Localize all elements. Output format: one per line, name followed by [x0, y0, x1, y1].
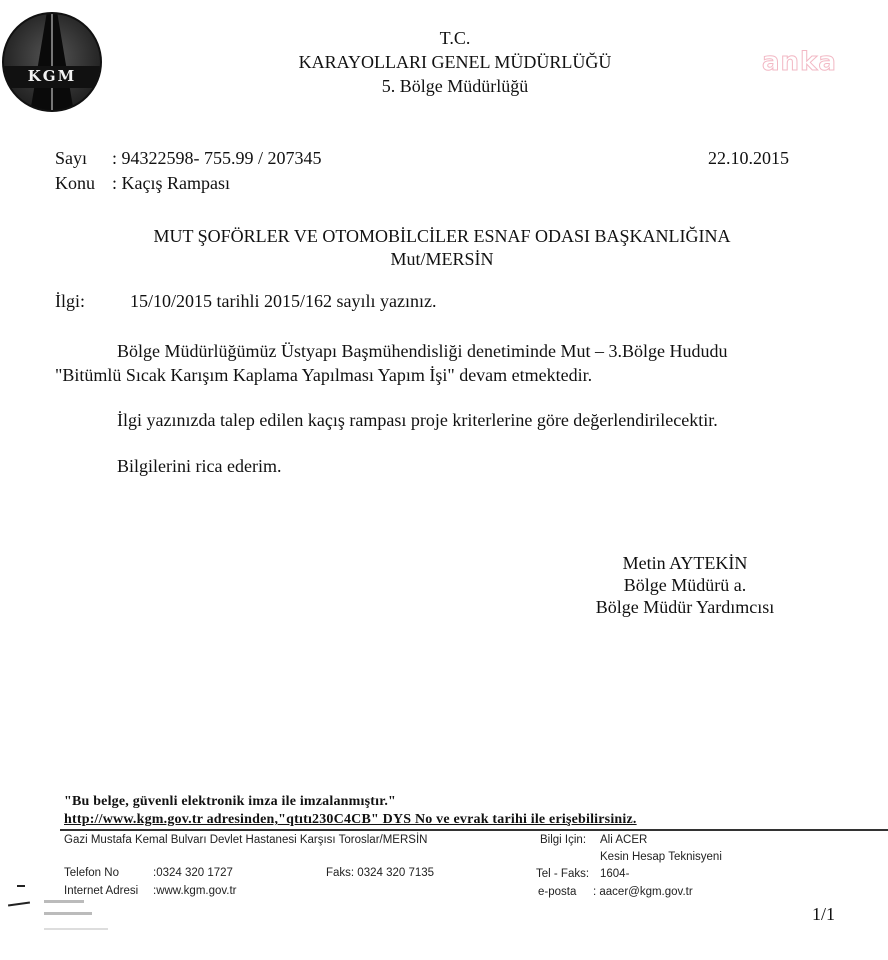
letterhead: T.C. KARAYOLLARI GENEL MÜDÜRLÜĞÜ 5. Bölg… — [240, 26, 670, 98]
signer-title1: Bölge Müdürü a. — [560, 574, 810, 596]
sayi-label: Sayı — [55, 148, 112, 169]
ilgi-label: İlgi: — [55, 291, 85, 312]
signature-block: Metin AYTEKİN Bölge Müdürü a. Bölge Müdü… — [560, 552, 810, 618]
signer-title2: Bölge Müdür Yardımcısı — [560, 596, 810, 618]
body-p3: Bilgilerini rica ederim. — [117, 456, 281, 477]
header-tc: T.C. — [240, 26, 670, 50]
footer-phone-label: Telefon No — [64, 867, 119, 879]
document-date: 22.10.2015 — [708, 148, 789, 169]
body-p2: İlgi yazınızda talep edilen kaçış rampas… — [117, 410, 718, 431]
recipient-line1: MUT ŞOFÖRLER VE OTOMOBİLCİLER ESNAF ODAS… — [0, 226, 886, 247]
kgm-logo: KGM — [2, 12, 102, 112]
signer-name: Metin AYTEKİN — [560, 552, 810, 574]
footer-info-label: Bilgi Için: — [540, 834, 586, 846]
logo-text: KGM — [4, 67, 100, 85]
footer-email-label: e-posta — [538, 886, 576, 898]
scan-noise — [44, 912, 92, 915]
scan-mark — [8, 901, 30, 906]
lane-line — [51, 14, 53, 110]
konu-row: Konu: Kaçış Rampası — [55, 173, 230, 194]
body-p1-line1: Bölge Müdürlüğümüz Üstyapı Başmühendisli… — [117, 341, 727, 362]
scan-noise — [44, 900, 84, 903]
footer-web-label: Internet Adresi — [64, 885, 138, 897]
footer-info-name: Ali ACER — [600, 834, 647, 846]
anka-watermark: anka — [762, 47, 837, 77]
ilgi-text: 15/10/2015 tarihli 2015/162 sayılı yazın… — [130, 291, 436, 312]
footer-address: Gazi Mustafa Kemal Bulvarı Devlet Hastan… — [64, 834, 427, 846]
footer-telfax-value: 1604- — [600, 868, 629, 880]
footer-fax: Faks: 0324 320 7135 — [326, 867, 434, 879]
esignature-notice: "Bu belge, güvenli elektronik imza ile i… — [64, 794, 396, 810]
recipient-line2: Mut/MERSİN — [0, 249, 886, 270]
sayi-value: : 94322598- 755.99 / 207345 — [112, 148, 322, 168]
footer-web-value[interactable]: :www.kgm.gov.tr — [153, 885, 237, 897]
footer-phone-value: :0324 320 1727 — [153, 867, 233, 879]
footer-info-title: Kesin Hesap Teknisyeni — [600, 851, 722, 863]
sayi-row: Sayı: 94322598- 755.99 / 207345 — [55, 148, 322, 169]
scan-mark — [17, 885, 25, 887]
footer-email-value[interactable]: : aacer@kgm.gov.tr — [593, 886, 693, 898]
page-number: 1/1 — [812, 904, 835, 925]
header-unit: 5. Bölge Müdürlüğü — [240, 74, 670, 98]
header-org: KARAYOLLARI GENEL MÜDÜRLÜĞÜ — [240, 50, 670, 74]
footer-divider — [60, 829, 888, 831]
body-p1-line2: "Bitümlü Sıcak Karışım Kaplama Yapılması… — [55, 365, 592, 386]
konu-label: Konu — [55, 173, 112, 194]
esignature-verify-link[interactable]: http://www.kgm.gov.tr adresinden,"qtıtı2… — [64, 812, 637, 828]
konu-value: : Kaçış Rampası — [112, 173, 230, 193]
footer-telfax-label: Tel - Faks: — [536, 868, 589, 880]
scan-noise — [44, 928, 108, 930]
